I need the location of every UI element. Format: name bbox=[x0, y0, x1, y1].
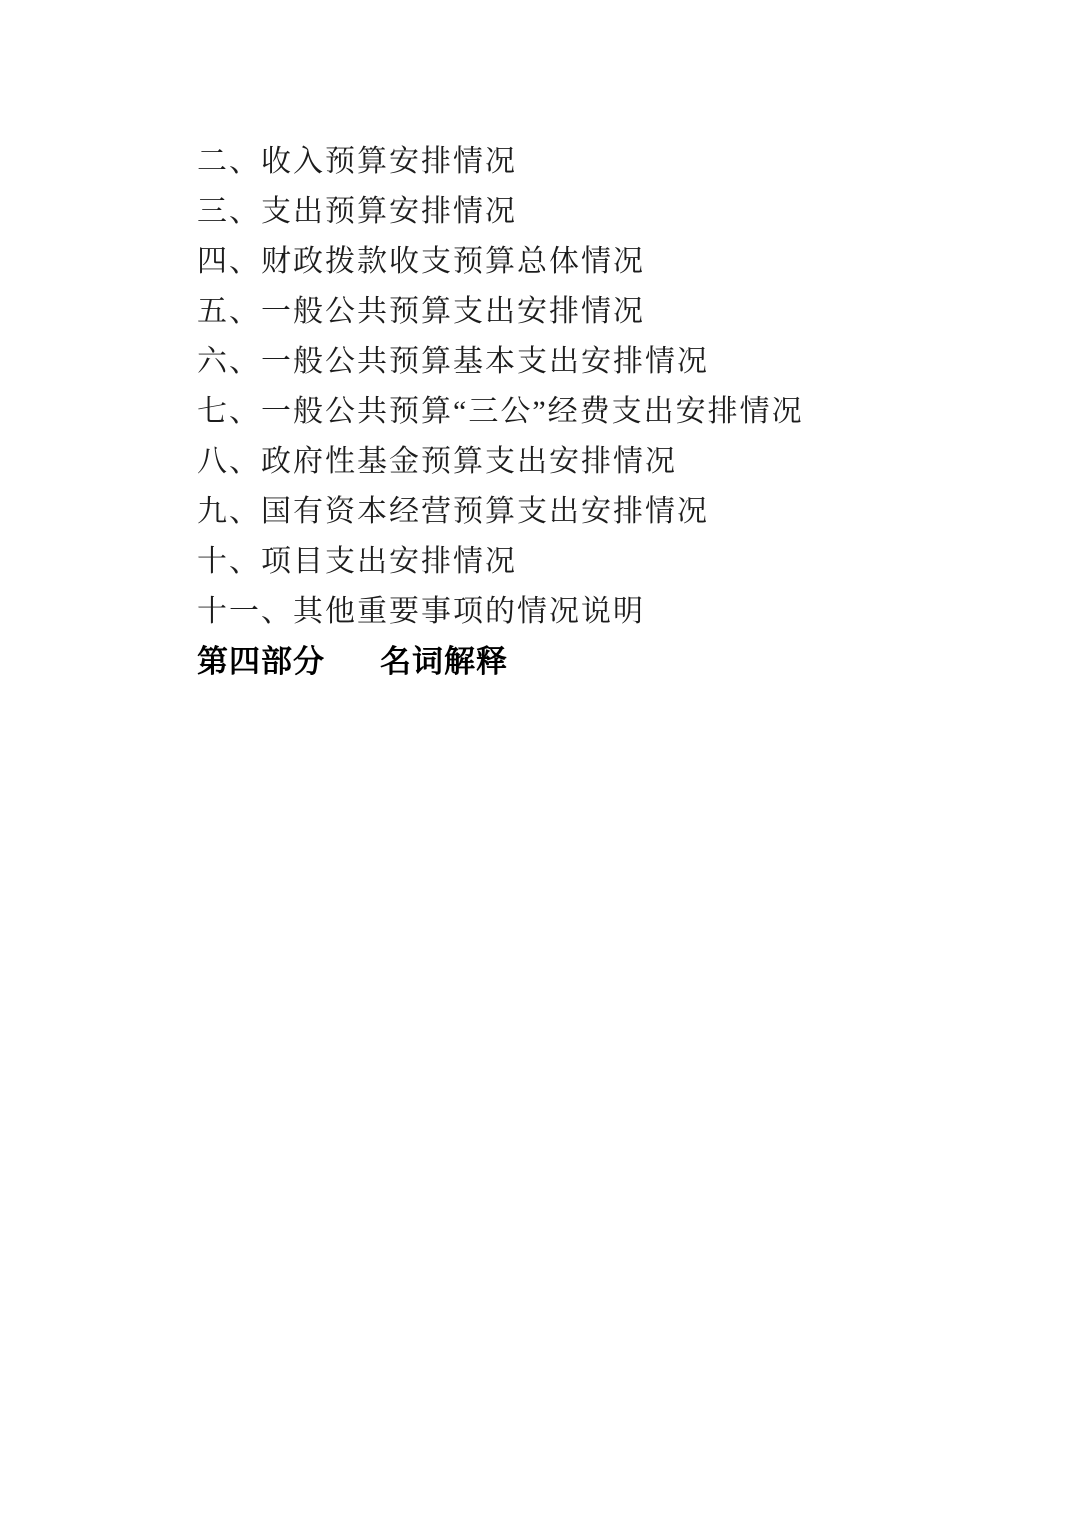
document-page: 二、收入预算安排情况三、支出预算安排情况四、财政拨款收支预算总体情况五、一般公共… bbox=[0, 0, 1074, 1520]
toc-item-list: 二、收入预算安排情况三、支出预算安排情况四、财政拨款收支预算总体情况五、一般公共… bbox=[197, 137, 897, 637]
toc-item: 四、财政拨款收支预算总体情况 bbox=[197, 237, 897, 287]
toc-item: 十、项目支出安排情况 bbox=[197, 537, 897, 587]
section-heading: 第四部分名词解释 bbox=[197, 637, 897, 687]
toc-item: 七、一般公共预算“三公”经费支出安排情况 bbox=[197, 387, 897, 437]
toc-item: 五、一般公共预算支出安排情况 bbox=[197, 287, 897, 337]
toc-item: 六、一般公共预算基本支出安排情况 bbox=[197, 337, 897, 387]
section-heading-part-title: 名词解释 bbox=[380, 644, 508, 679]
toc-item: 三、支出预算安排情况 bbox=[197, 187, 897, 237]
section-heading-part-number: 第四部分 bbox=[197, 644, 325, 679]
table-of-contents: 二、收入预算安排情况三、支出预算安排情况四、财政拨款收支预算总体情况五、一般公共… bbox=[197, 137, 897, 687]
toc-item: 九、国有资本经营预算支出安排情况 bbox=[197, 487, 897, 537]
toc-item: 八、政府性基金预算支出安排情况 bbox=[197, 437, 897, 487]
toc-item: 二、收入预算安排情况 bbox=[197, 137, 897, 187]
toc-item: 十一、其他重要事项的情况说明 bbox=[197, 587, 897, 637]
